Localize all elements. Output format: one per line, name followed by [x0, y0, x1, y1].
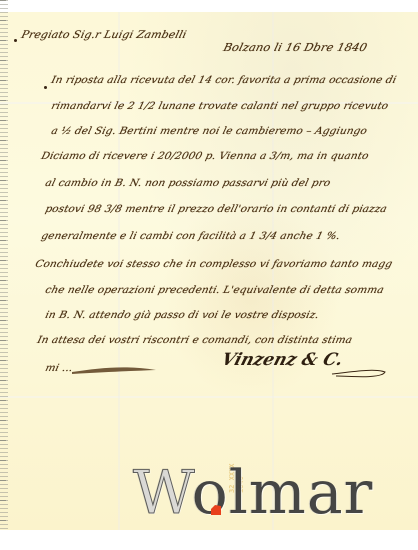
body-line: Diciamo di ricevere i 20/2000 p. Vienna …: [40, 151, 370, 162]
ink-dot: [44, 86, 47, 89]
body-line: Conchiudete voi stesso che in complesso …: [34, 259, 394, 270]
body-line: In attesa dei vostri riscontri e comandi…: [36, 335, 353, 346]
watermark-rest: olmar: [192, 458, 374, 528]
place-date: Bolzano li 16 Dbre 1840: [222, 41, 369, 54]
body-line: al cambio in B. N. non possiamo passarvi…: [44, 178, 332, 189]
wolmar-watermark: Wolmar: [133, 463, 373, 523]
pen-flourish: [70, 362, 160, 376]
signature-flourish: [330, 362, 390, 382]
body-line: che nelle operazioni precedenti. L'equiv…: [44, 285, 385, 296]
scan-bottom-margin: [0, 530, 418, 550]
body-line: In riposta alla ricevuta del 14 cor. fav…: [50, 75, 398, 86]
salutation: Pregiato Sig.r Luigi Zambelli: [20, 29, 188, 41]
scan-top-margin: [0, 0, 418, 12]
signature: Vinzenz & C.: [219, 350, 345, 370]
body-line: postovi 98 3/8 mentre il prezzo dell'ora…: [44, 204, 388, 215]
ink-dot: [14, 39, 17, 42]
paper-fold-line: [0, 396, 418, 398]
body-line: a ½ del Sig. Bertini mentre noi le cambi…: [50, 126, 368, 137]
watermark-initial: W: [133, 458, 192, 528]
body-line: generalmente e li cambi con facilità a 1…: [40, 231, 341, 242]
body-line: in B. N. attendo già passo di voi le vos…: [44, 310, 320, 321]
body-line: rimandarvi le 2 1/2 lunane trovate calan…: [50, 101, 390, 112]
scale-ruler-major-ticks: [0, 0, 6, 550]
letter-paper: [0, 12, 418, 530]
paper-fold-line: [118, 12, 120, 530]
paper-fold-line: [272, 12, 274, 530]
